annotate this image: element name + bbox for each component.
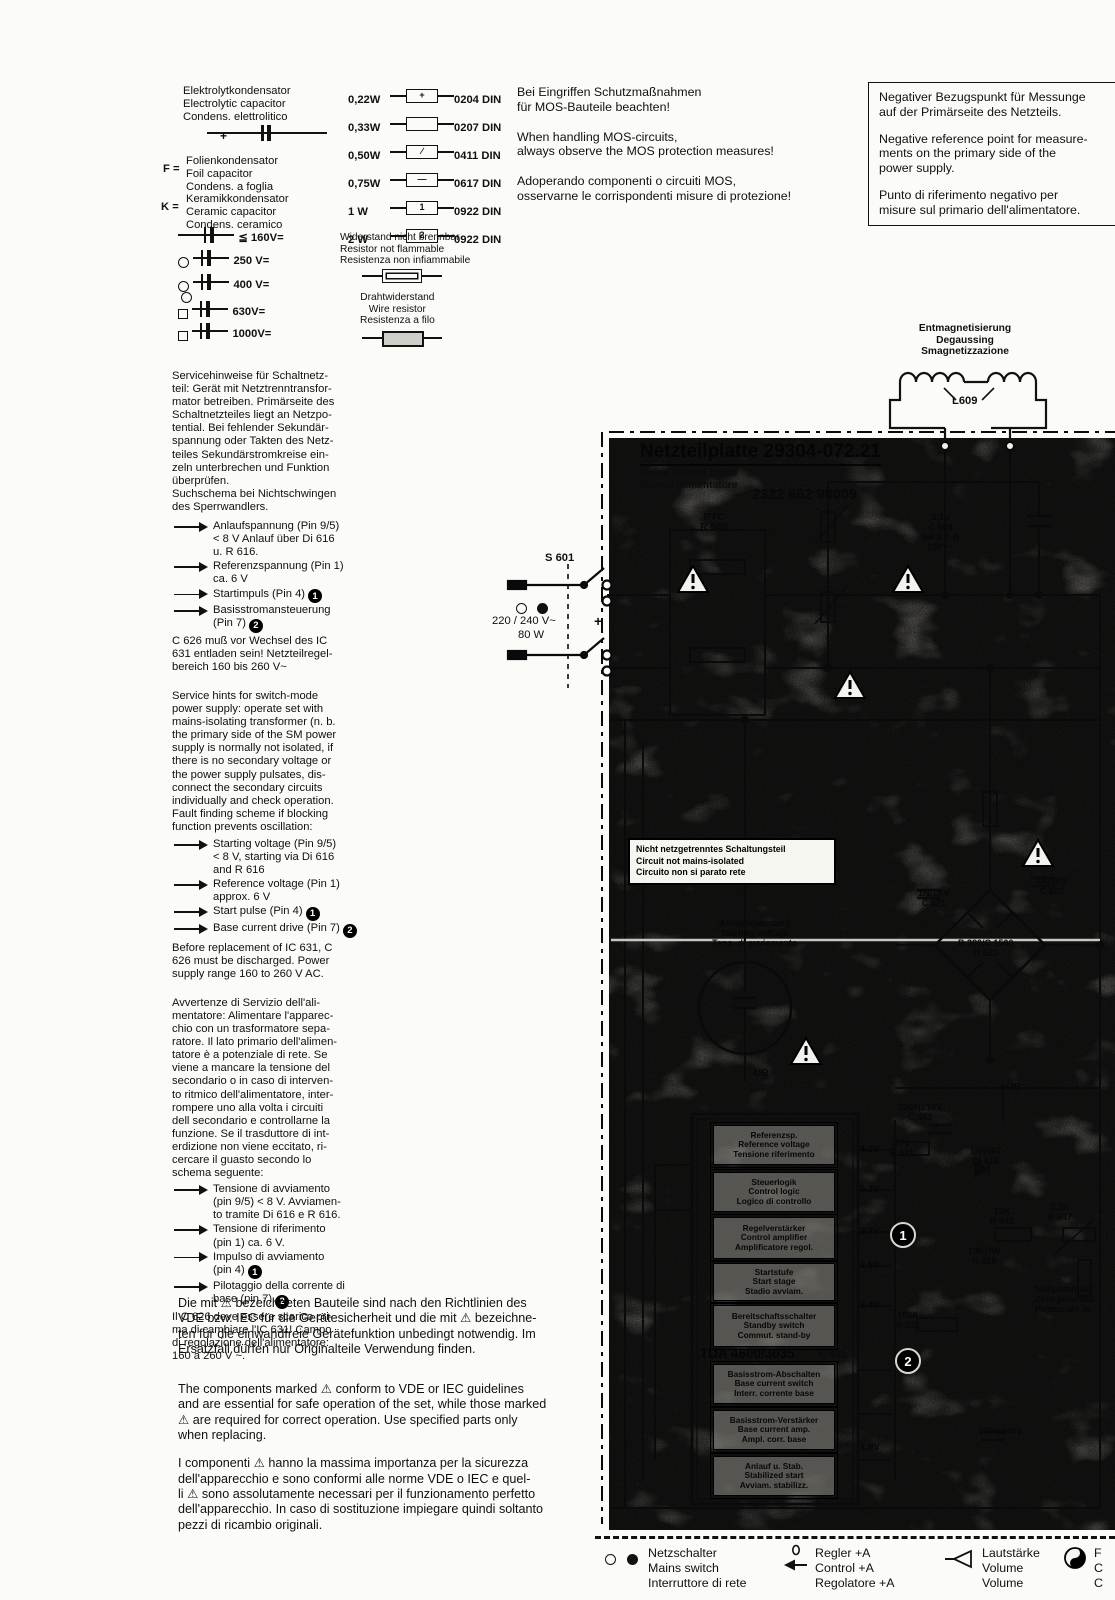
ic-name: TDA 4600/3035 <box>700 1346 795 1361</box>
pin-voltage: 1.9V <box>860 1442 880 1453</box>
switch-open-icon <box>516 603 527 614</box>
degaussing-coil-label: L609 <box>952 395 978 408</box>
cap-voltage-row: 1000V= <box>178 322 271 345</box>
vde-note-de: Die mit ⚠ bezeichneten Bauteile sind nac… <box>178 1296 583 1357</box>
arrow-icon <box>174 911 206 913</box>
mains-power-label: 80 W <box>518 629 544 642</box>
pin-voltage: 4.3V <box>860 1144 880 1155</box>
mains-isolation-warning-box: Nicht netzgetrenntes Schaltungsteil Circ… <box>628 838 836 885</box>
pin-voltage: 6.4V <box>860 1300 880 1311</box>
arrow-icon <box>174 1229 206 1231</box>
step-badge: 1 <box>248 1265 262 1279</box>
fault-steps-de: Anlaufspannung (Pin 9/5) < 8 V Anlauf üb… <box>172 520 382 633</box>
arrow-icon <box>174 928 206 930</box>
step-badge: 1 <box>306 907 320 921</box>
di616-label: 1N4007 Di 616 <box>970 1146 1002 1166</box>
mains-voltage-label: 220 / 240 V~ <box>492 615 556 628</box>
vde-note-en: The components marked ⚠ conform to VDE o… <box>178 1382 583 1443</box>
arrow-icon <box>174 566 206 568</box>
board-title: Netzteilplatte 29304-072.21 Mains printe… <box>640 441 881 491</box>
neg-ref-de: Negativer Bezugspunkt für Messunge auf d… <box>879 90 1115 120</box>
volume-icon <box>945 1546 973 1570</box>
step-badge: 1 <box>308 589 322 603</box>
arrow-icon <box>174 1189 206 1191</box>
zero-potential-label: Nullpotential Zero potential Potenziale … <box>1035 1284 1095 1314</box>
fault-steps-it: Tensione di avviamento (pin 9/5) < 8 V. … <box>172 1183 382 1309</box>
foil-prefix: F = <box>163 163 179 176</box>
polarity-plus-mark: + <box>594 613 602 629</box>
c621-label: 1N/1KV C 621 <box>918 888 950 908</box>
footer-control-label: Regler +A Control +A Regolatore +A <box>815 1546 895 1590</box>
ic-block-reference-voltage: Referenzsp. Reference voltage Tensione r… <box>713 1125 835 1165</box>
switch-closed-icon <box>537 603 548 614</box>
control-icon <box>782 1544 808 1574</box>
ic-block-standby-switch: Bereitschaftsschalter Standby switch Com… <box>713 1305 835 1347</box>
board-part-number: 2322 662 98009 <box>752 487 857 503</box>
c609-label: 0,1μ C 609 MKS 4-R 250V~ <box>922 512 959 552</box>
ic-block-base-current-amp: Basisstrom-Verstärker Base current amp. … <box>713 1410 835 1450</box>
ic-block-stabilized-start: Anlauf u. Stab. Stabilized start Avviam.… <box>713 1456 835 1496</box>
r632-label: 100K R 632 <box>896 1310 920 1330</box>
footer-mains-icons <box>605 1551 638 1569</box>
service-note-de: C 626 muß vor Wechsel des IC 631 entlade… <box>172 635 382 674</box>
pin-voltage: 0.2V <box>860 1184 880 1195</box>
ic-block-base-current-switch: Basisstrom-Abschalten Base current switc… <box>713 1364 835 1404</box>
ptc-label: PTC R 609 <box>700 512 728 532</box>
footer-cutoff-label: F C C <box>1094 1546 1115 1590</box>
arrow-icon <box>174 844 206 846</box>
cap-voltage-row: ≦ 160V= <box>178 226 284 249</box>
service-manual-page: Elektrolytkondensator Electrolytic capac… <box>0 0 1115 1600</box>
arrow-icon <box>174 526 206 528</box>
not-flammable-label: Widerstand nicht brennbar Resistor not f… <box>340 232 470 267</box>
wire-resistor-symbol <box>362 330 442 350</box>
switch-open-icon <box>605 1554 616 1565</box>
service-hints-de: Servicehinweise für Schaltnetz- teil: Ge… <box>172 370 382 514</box>
arrow-icon <box>174 610 206 612</box>
ic-ref: IC 631 <box>818 1349 846 1360</box>
schematic-wires <box>595 420 1115 1538</box>
footer-mains-label: Netzschalter Mains switch Interruttore d… <box>648 1546 746 1590</box>
fault-steps-en: Starting voltage (Pin 9/5) < 8 V, starti… <box>172 838 382 938</box>
r641-label: 270 R 641 <box>890 1138 914 1158</box>
mos-warning-en: When handling MOS-circuits, always obser… <box>517 130 887 160</box>
ic-block-control-logic: Steuerlogik Control logic Logico di cont… <box>713 1172 835 1212</box>
ic-block-start-stage: Startstufe Start stage Stadio avviam. <box>713 1263 835 1301</box>
ub-minus-label: –UB <box>748 1068 769 1078</box>
starting-voltage-label: Anlaufspannung Starting voltage Tens. di… <box>712 918 797 948</box>
pin-voltage: 2.5V <box>860 1260 880 1271</box>
c622-label: 1N/1KV C 622 <box>1036 876 1068 896</box>
electrolytic-capacitor-symbol: + <box>196 124 327 147</box>
arrow-icon <box>174 884 206 886</box>
mos-warning: Bei Eingriffen Schutzmaßnahmen für MOS-B… <box>517 85 887 204</box>
arrow-icon <box>174 1257 206 1259</box>
cap-voltage-row: 250 V= <box>178 249 269 272</box>
vde-note-block: Die mit ⚠ bezeichneten Bauteile sind nac… <box>178 1296 583 1533</box>
arrow-icon <box>174 594 206 596</box>
measure-point-1-badge: 1 <box>890 1222 916 1248</box>
r647-label: 2,2K R 647 <box>1048 1202 1072 1222</box>
contrast-icon <box>1063 1546 1087 1570</box>
arrow-icon <box>174 1286 206 1288</box>
output-cap-label: 1000μ/40V <box>978 1426 1022 1436</box>
mos-warning-de: Bei Eingriffen Schutzmaßnahmen für MOS-B… <box>517 85 887 115</box>
negative-reference-note: Negativer Bezugspunkt für Messunge auf d… <box>868 82 1115 226</box>
service-hints-it: Avvertenze di Servizio dell'ali- mentato… <box>172 997 382 1180</box>
ceramic-prefix: K = <box>161 201 179 214</box>
foil-capacitor-label: Folienkondensator Foil capacitor Condens… <box>186 155 278 194</box>
service-hints-en: Service hints for switch-mode power supp… <box>172 690 382 834</box>
isolation-boundary-dashed <box>595 1536 1115 1539</box>
r643-label: 12K R 643 <box>990 1206 1014 1226</box>
mos-warning-it: Adoperando componenti o circuiti MOS, os… <box>517 174 887 204</box>
resistor-din-legend: 0,22W+0204 DIN 0,33W0207 DIN 0,50W∕0411 … <box>348 88 501 248</box>
electrolytic-capacitor-label: Elektrolytkondensator Electrolytic capac… <box>183 85 291 124</box>
footer-volume-label: Lautstärke Volume Volume <box>982 1546 1040 1590</box>
c642-label: 1000μ/10V C 642 <box>898 1102 942 1122</box>
neg-ref-it: Punto di riferimento negativo per misure… <box>879 188 1115 218</box>
switch-closed-icon <box>627 1554 638 1565</box>
step-badge: 2 <box>249 619 263 633</box>
not-flammable-symbol <box>362 268 442 288</box>
step-badge: 2 <box>343 924 357 938</box>
service-note-en: Before replacement of IC 631, C 626 must… <box>172 942 382 981</box>
r616-label: 10K/7W R 616 <box>968 1246 1001 1266</box>
service-hints-column: Servicehinweise für Schaltnetz- teil: Ge… <box>172 370 382 1363</box>
ic-block-control-amplifier: Regelverstärker Control amplifier Amplif… <box>713 1217 835 1259</box>
pin-voltage: 2.2V <box>860 1226 880 1237</box>
neg-ref-en: Negative reference point for measure- me… <box>879 132 1115 176</box>
bridge-rectifier-label: B 380/C 1500 D 621 <box>958 938 1014 958</box>
degaussing-label: Entmagnetisierung Degaussing Smagnetizza… <box>890 323 1040 358</box>
wire-resistor-label: Drahtwiderstand Wire resistor Resistenza… <box>360 292 435 327</box>
cap-voltage-row: 630V= <box>178 300 265 323</box>
measure-point-2-badge: 2 <box>895 1348 921 1374</box>
ub-plus-label: +UB <box>1000 1082 1021 1092</box>
vde-note-it: I componenti ⚠ hanno la massima importan… <box>178 1456 583 1532</box>
